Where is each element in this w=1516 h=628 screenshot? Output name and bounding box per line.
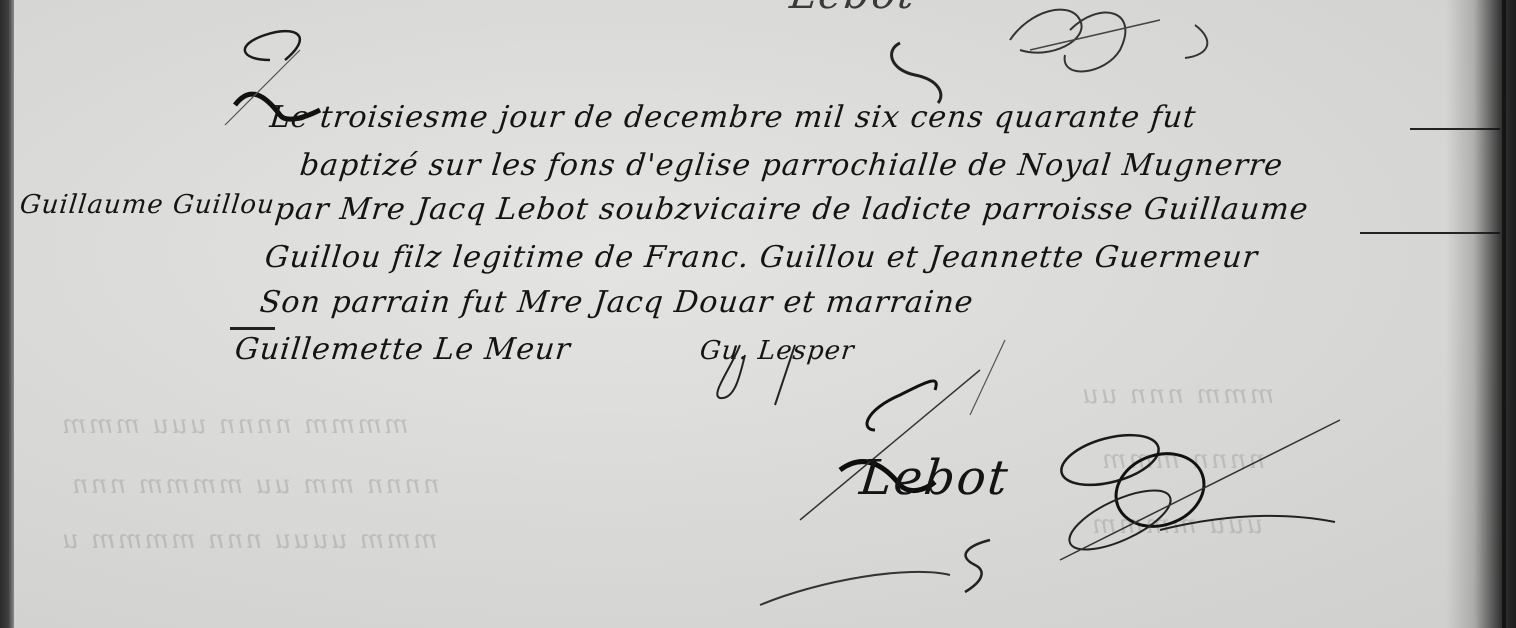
entry-line-5: Son parrain fut Mre Jacq Douar et marrai… [258, 285, 975, 320]
previous-paraph-flourish [990, 0, 1230, 90]
entry-line-1: Le troisiesme jour de decembre mil six c… [268, 100, 1198, 135]
signature: Lebot [857, 450, 1012, 506]
entry-line-3: par Mre Jacq Lebot soubzvicaire de ladic… [273, 192, 1310, 227]
signature-underline-flourish [760, 530, 1020, 620]
left-binding-edge [0, 0, 14, 628]
right-binding-edge [1502, 0, 1506, 628]
line-filler [230, 327, 275, 330]
previous-entry-signature: Lebot [788, 0, 919, 18]
entry-line-6: Guillemette Le Meur [233, 332, 572, 367]
previous-s-flourish [880, 35, 970, 105]
entry-line-2: baptizé sur les fons d'eglise parrochial… [298, 148, 1285, 183]
bleed-through-text: mmmm nnnn uuu mmm [60, 410, 409, 440]
manuscript-page: mmmm nnnn uuu mmm nnnn mm uu mmmm nnn mm… [0, 0, 1516, 628]
bleed-through-text: mmm uuuu nnn mmmm u [60, 525, 438, 555]
signature-paraph [1040, 400, 1360, 600]
bleed-through-text: nnnn mm uu mmmm nnn [70, 470, 440, 500]
entry-line-4: Guillou filz legitime de Franc. Guillou … [263, 240, 1260, 275]
margin-note: Guillaume Guillou [18, 190, 276, 220]
